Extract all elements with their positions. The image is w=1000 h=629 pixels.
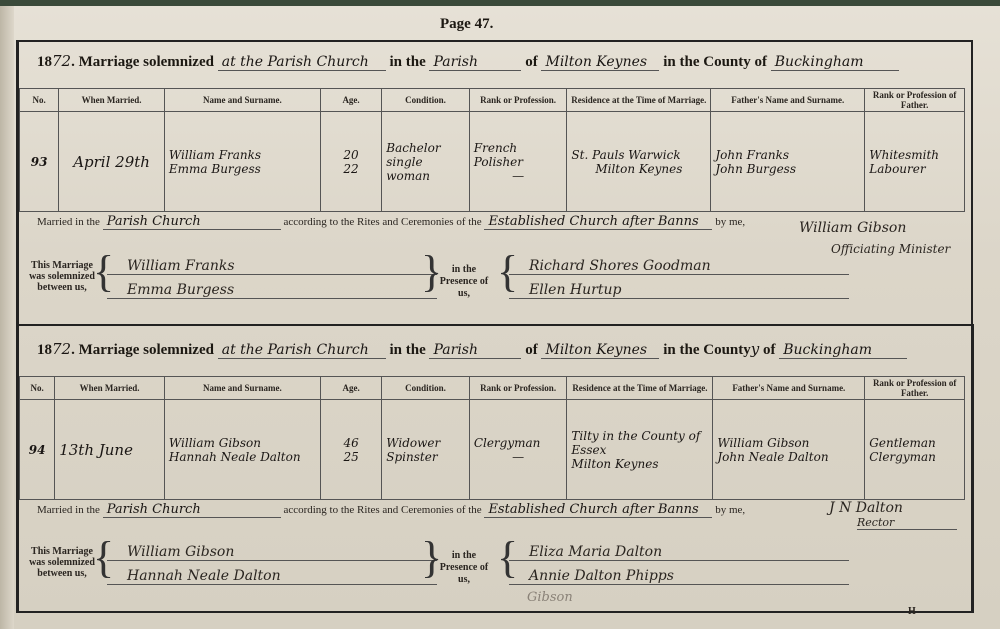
label-married-in: Married in the — [37, 216, 100, 228]
label-rites: according to the Rites and Ceremonies of… — [283, 216, 481, 228]
district-field: Milton Keynes — [541, 342, 659, 359]
bride-father-profession: Clergyman — [869, 450, 960, 464]
bride-name: Hannah Neale Dalton — [169, 450, 316, 464]
col-father-profession: Rank or Profession of Father. — [865, 377, 965, 400]
district-field: Milton Keynes — [541, 54, 659, 71]
col-father-profession: Rank or Profession of Father. — [865, 89, 965, 112]
bride-father-profession: Labourer — [869, 162, 960, 176]
entry-number: 93 — [20, 112, 59, 212]
col-name: Name and Surname. — [164, 89, 320, 112]
officiant-signature: J N Dalton — [829, 500, 903, 516]
groom-father-profession: Gentleman — [869, 436, 960, 450]
groom-signature: William Gibson — [107, 544, 437, 561]
place-field: at the Parish Church — [218, 342, 386, 359]
label-presence: in the Presence of us, — [439, 550, 489, 586]
label-county-of: of — [763, 342, 776, 358]
label-county: in the County — [663, 342, 751, 358]
officiant-title: Officiating Minister — [831, 242, 950, 256]
bride-signature: Hannah Neale Dalton — [107, 568, 437, 585]
groom-profession: French Polisher — [474, 141, 563, 169]
page-number: Page 47. — [440, 16, 493, 33]
col-age: Age. — [320, 89, 381, 112]
bride-condition: single woman — [386, 155, 465, 183]
groom-father-profession: Whitesmith — [869, 148, 960, 162]
label-in-the: in the — [389, 342, 425, 358]
col-when-married: When Married. — [59, 89, 165, 112]
col-profession: Rank or Profession. — [469, 377, 567, 400]
entry-number: 94 — [20, 400, 55, 500]
officiant-signature: William Gibson — [799, 220, 906, 236]
label-by-me: by me, — [715, 216, 745, 228]
table-header: No. When Married. Name and Surname. Age.… — [20, 377, 965, 400]
register-table: No. When Married. Name and Surname. Age.… — [19, 88, 965, 212]
label-between-us: This Marriage was solemnized between us, — [25, 260, 99, 293]
entry-heading: 1872. Marriage solemnized at the Parish … — [37, 52, 899, 71]
bride-profession: — — [474, 450, 563, 464]
col-no: No. — [20, 89, 59, 112]
col-condition: Condition. — [382, 89, 470, 112]
marriage-date: April 29th — [59, 112, 165, 212]
married-in-line: Married in the Parish Church according t… — [37, 214, 745, 230]
witness-2-signature: Ellen Hurtup — [509, 282, 849, 299]
bride-father: John Neale Dalton — [717, 450, 860, 464]
place-field: at the Parish Church — [218, 54, 386, 71]
bride-name: Emma Burgess — [169, 162, 316, 176]
rites-field: Established Church after Banns — [484, 502, 712, 518]
groom-condition: Widower — [386, 436, 465, 450]
bride-residence: Milton Keynes — [571, 457, 708, 471]
groom-name: William Franks — [169, 148, 316, 162]
register-page: Page 47. 1872. Marriage solemnized at th… — [0, 6, 1000, 629]
table-header: No. When Married. Name and Surname. Age.… — [20, 89, 965, 112]
bride-age: 22 — [325, 162, 377, 176]
bride-condition: Spinster — [386, 450, 465, 464]
col-father: Father's Name and Surname. — [711, 89, 865, 112]
label-in-the: in the — [389, 54, 425, 70]
county-field: Buckingham — [779, 342, 907, 359]
district-type-field: Parish — [429, 54, 521, 71]
groom-residence: St. Pauls Warwick — [571, 148, 706, 162]
col-age: Age. — [320, 377, 381, 400]
officiant-title: Rector — [857, 516, 957, 530]
county-suffix: y — [751, 340, 759, 358]
bride-father: John Burgess — [715, 162, 860, 176]
label-county: in the County — [663, 54, 751, 70]
witness-1-signature: Richard Shores Goodman — [509, 258, 849, 275]
label-county-of: of — [755, 54, 768, 70]
marriage-date: 13th June — [55, 400, 165, 500]
groom-condition: Bachelor — [386, 141, 465, 155]
col-name: Name and Surname. — [164, 377, 320, 400]
district-type-field: Parish — [429, 342, 521, 359]
label-solemnized: Marriage solemnized — [79, 54, 214, 70]
groom-name: William Gibson — [169, 436, 316, 450]
year-hand: 72 — [52, 340, 71, 358]
entry-heading: 1872. Marriage solemnized at the Parish … — [37, 340, 907, 359]
married-in-line: Married in the Parish Church according t… — [37, 502, 745, 518]
label-presence: in the Presence of us, — [439, 264, 489, 300]
groom-signature: William Franks — [107, 258, 437, 275]
county-field: Buckingham — [771, 54, 899, 71]
col-when-married: When Married. — [55, 377, 165, 400]
witness-2-signature: Annie Dalton Phipps — [509, 568, 849, 585]
groom-age: 46 — [325, 436, 377, 450]
label-of: of — [525, 54, 538, 70]
label-rites: according to the Rites and Ceremonies of… — [283, 504, 481, 516]
bride-profession: — — [474, 169, 563, 183]
married-in-field: Parish Church — [103, 502, 281, 518]
book-gutter — [0, 6, 14, 629]
groom-age: 20 — [325, 148, 377, 162]
year-prefix: 18 — [37, 342, 52, 358]
table-row: 93 April 29th William FranksEmma Burgess… — [20, 112, 965, 212]
footer-mark: H — [908, 606, 916, 617]
table-row: 94 13th June William GibsonHannah Neale … — [20, 400, 965, 500]
bride-signature: Emma Burgess — [107, 282, 437, 299]
bride-age: 25 — [325, 450, 377, 464]
register-table: No. When Married. Name and Surname. Age.… — [19, 376, 965, 500]
col-father: Father's Name and Surname. — [713, 377, 865, 400]
col-no: No. — [20, 377, 55, 400]
year-hand: 72 — [52, 52, 71, 70]
groom-residence: Tilty in the County of Essex — [571, 429, 708, 457]
label-of: of — [525, 342, 538, 358]
bride-residence: Milton Keynes — [571, 162, 706, 176]
marriage-entry-93: 1872. Marriage solemnized at the Parish … — [16, 40, 973, 326]
label-married-in: Married in the — [37, 504, 100, 516]
col-condition: Condition. — [382, 377, 470, 400]
rites-field: Established Church after Banns — [484, 214, 712, 230]
col-residence: Residence at the Time of Marriage. — [567, 89, 711, 112]
col-profession: Rank or Profession. — [469, 89, 567, 112]
col-residence: Residence at the Time of Marriage. — [567, 377, 713, 400]
groom-father: William Gibson — [717, 436, 860, 450]
label-between-us: This Marriage was solemnized between us, — [25, 546, 99, 579]
pencil-annotation: Gibson — [527, 590, 573, 605]
year-prefix: 18 — [37, 54, 52, 70]
label-solemnized: Marriage solemnized — [79, 342, 214, 358]
married-in-field: Parish Church — [103, 214, 281, 230]
groom-father: John Franks — [715, 148, 860, 162]
witness-1-signature: Eliza Maria Dalton — [509, 544, 849, 561]
groom-profession: Clergyman — [474, 436, 563, 450]
label-by-me: by me, — [715, 504, 745, 516]
marriage-entry-94: 1872. Marriage solemnized at the Parish … — [16, 324, 974, 613]
